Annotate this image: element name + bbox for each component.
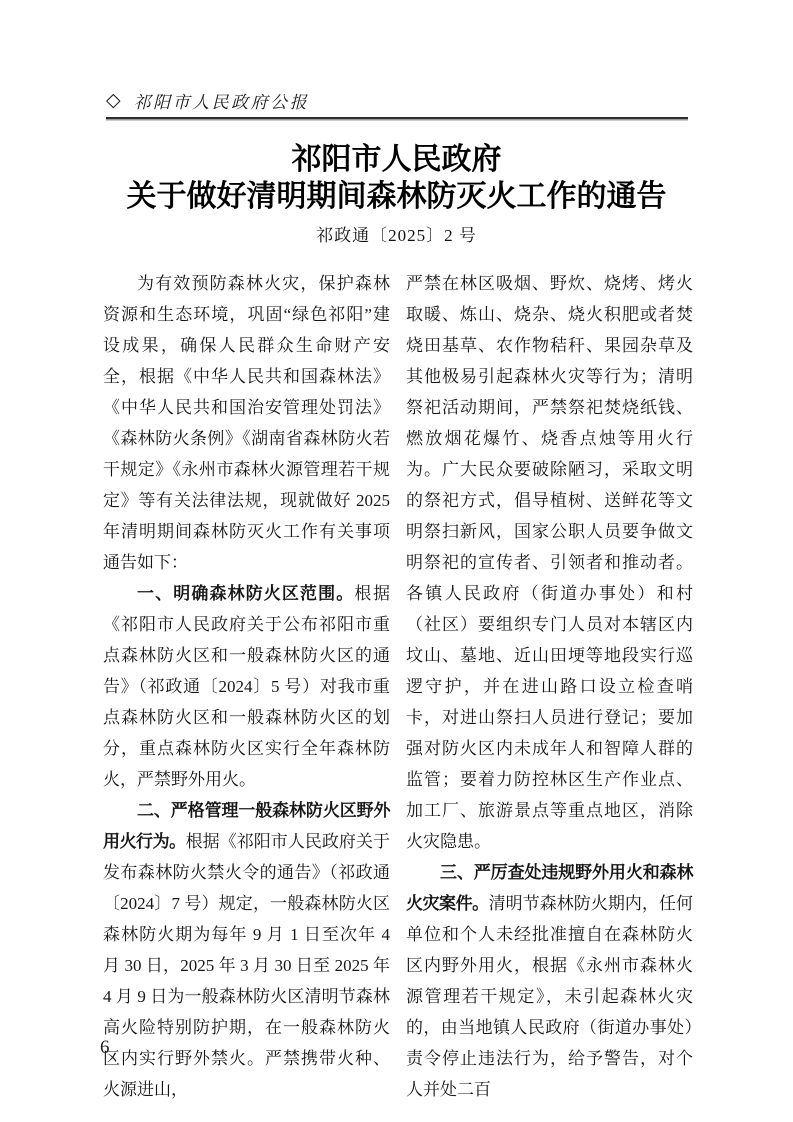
body-columns: 为有效预防森林火灾，保护森林资源和生态环境，巩固“绿色祁阳”建设成果，确保人民群… bbox=[103, 268, 693, 1105]
paragraph-text: 根据《祁阳市人民政府关于公布祁阳市重点森林防火区和一般森林防火区的通告》（祁政通… bbox=[103, 584, 390, 789]
body-paragraph: 严禁在林区吸烟、野炊、烧烤、烤火取暖、炼山、烧杂、烧火积肥或者焚烧田基草、农作物… bbox=[406, 268, 693, 857]
gazette-page: ◇ 祁阳市人民政府公报 祁阳市人民政府 关于做好清明期间森林防灭火工作的通告 祁… bbox=[0, 0, 793, 1122]
left-column: 为有效预防森林火灾，保护森林资源和生态环境，巩固“绿色祁阳”建设成果，确保人民群… bbox=[103, 268, 390, 1105]
notice-title: 祁阳市人民政府 关于做好清明期间森林防灭火工作的通告 bbox=[50, 141, 743, 215]
gazette-title: 祁阳市人民政府公报 bbox=[134, 88, 310, 113]
header-rule bbox=[106, 117, 688, 119]
right-column: 严禁在林区吸烟、野炊、烧烤、烤火取暖、炼山、烧杂、烧火积肥或者焚烧田基草、农作物… bbox=[406, 268, 693, 1105]
body-paragraph: 一、明确森林防火区范围。根据《祁阳市人民政府关于公布祁阳市重点森林防火区和一般森… bbox=[103, 578, 390, 795]
paragraph-text: 严禁在林区吸烟、野炊、烧烤、烤火取暖、炼山、烧杂、烧火积肥或者焚烧田基草、农作物… bbox=[406, 274, 693, 851]
page-number: 6 bbox=[100, 1037, 110, 1059]
paragraph-text: 根据《祁阳市人民政府关于发布森林防火禁火令的通告》（祁政通〔2024〕7 号）规… bbox=[103, 832, 390, 1099]
gazette-header: ◇ 祁阳市人民政府公报 bbox=[106, 88, 309, 113]
paragraph-heading: 一、明确森林防火区范围。 bbox=[137, 584, 354, 603]
body-paragraph: 二、严格管理一般森林防火区野外用火行为。根据《祁阳市人民政府关于发布森林防火禁火… bbox=[103, 795, 390, 1105]
notice-title-line2: 关于做好清明期间森林防灭火工作的通告 bbox=[50, 178, 743, 215]
body-paragraph: 三、严厉查处违规野外用火和森林火灾案件。清明节森林防火期内，任何单位和个人未经批… bbox=[406, 857, 693, 1105]
notice-title-line1: 祁阳市人民政府 bbox=[50, 141, 743, 178]
paragraph-text: 清明节森林防火期内，任何单位和个人未经批准擅自在森林防火区内野外用火，根据《永州… bbox=[406, 894, 693, 1099]
diamond-icon: ◇ bbox=[106, 91, 121, 110]
paragraph-text: 为有效预防森林火灾，保护森林资源和生态环境，巩固“绿色祁阳”建设成果，确保人民群… bbox=[103, 274, 390, 572]
doc-number: 祁政通〔2025〕2 号 bbox=[50, 221, 743, 246]
body-paragraph: 为有效预防森林火灾，保护森林资源和生态环境，巩固“绿色祁阳”建设成果，确保人民群… bbox=[103, 268, 390, 578]
